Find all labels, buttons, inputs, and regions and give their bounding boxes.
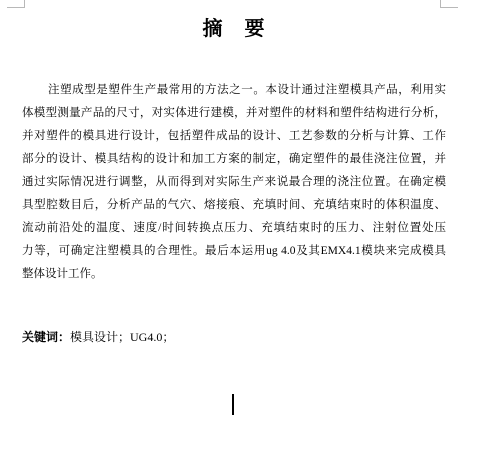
paragraph-line[interactable]: 体模型测量产品的尺寸，对实体进行建模，并对塑件的材料和塑件结构进行分析， bbox=[22, 102, 446, 125]
text-boundary-crop-mark-left bbox=[7, 0, 25, 8]
paragraph-line[interactable]: 部分的设计、模具结构的设计和加工方案的制定，确定塑件的最佳浇注位置，并 bbox=[22, 148, 446, 171]
text-caret bbox=[232, 394, 234, 415]
paragraph-line[interactable]: 具型腔数目后，分析产品的气穴、熔接痕、充填时间、充填结束时的体积温度、 bbox=[22, 194, 446, 217]
document-page[interactable]: 摘 要 注塑成型是塑件生产最常用的方法之一。本设计通过注塑模具产品，利用实 体模… bbox=[0, 0, 482, 472]
keywords-value: 模具设计；UG4.0； bbox=[70, 330, 174, 344]
paragraph-line[interactable]: 通过实际情况进行调整，从而得到对实际生产来说最合理的浇注位置。在确定模 bbox=[22, 171, 446, 194]
page-title[interactable]: 摘 要 bbox=[22, 12, 446, 41]
keywords-line[interactable]: 关键词：模具设计；UG4.0； bbox=[22, 329, 446, 346]
paragraph-line[interactable]: 并对塑件的模具进行设计，包括塑件成品的设计、工艺参数的分析与计算、工作 bbox=[22, 125, 446, 148]
paragraph-line[interactable]: 注塑成型是塑件生产最常用的方法之一。本设计通过注塑模具产品，利用实 bbox=[22, 79, 446, 102]
paragraph-line[interactable]: 整体设计工作。 bbox=[22, 263, 446, 286]
paragraph-line[interactable]: 力等，可确定注塑模具的合理性。最后本运用ug 4.0及其EMX4.1模块来完成模… bbox=[22, 240, 446, 263]
text-boundary-crop-mark-right bbox=[440, 0, 458, 8]
keywords-label: 关键词： bbox=[22, 330, 70, 344]
paragraph-line[interactable]: 流动前沿处的温度、速度/时间转换点压力、充填结束时的压力、注射位置处压 bbox=[22, 217, 446, 240]
abstract-paragraph[interactable]: 注塑成型是塑件生产最常用的方法之一。本设计通过注塑模具产品，利用实 体模型测量产… bbox=[22, 79, 446, 286]
